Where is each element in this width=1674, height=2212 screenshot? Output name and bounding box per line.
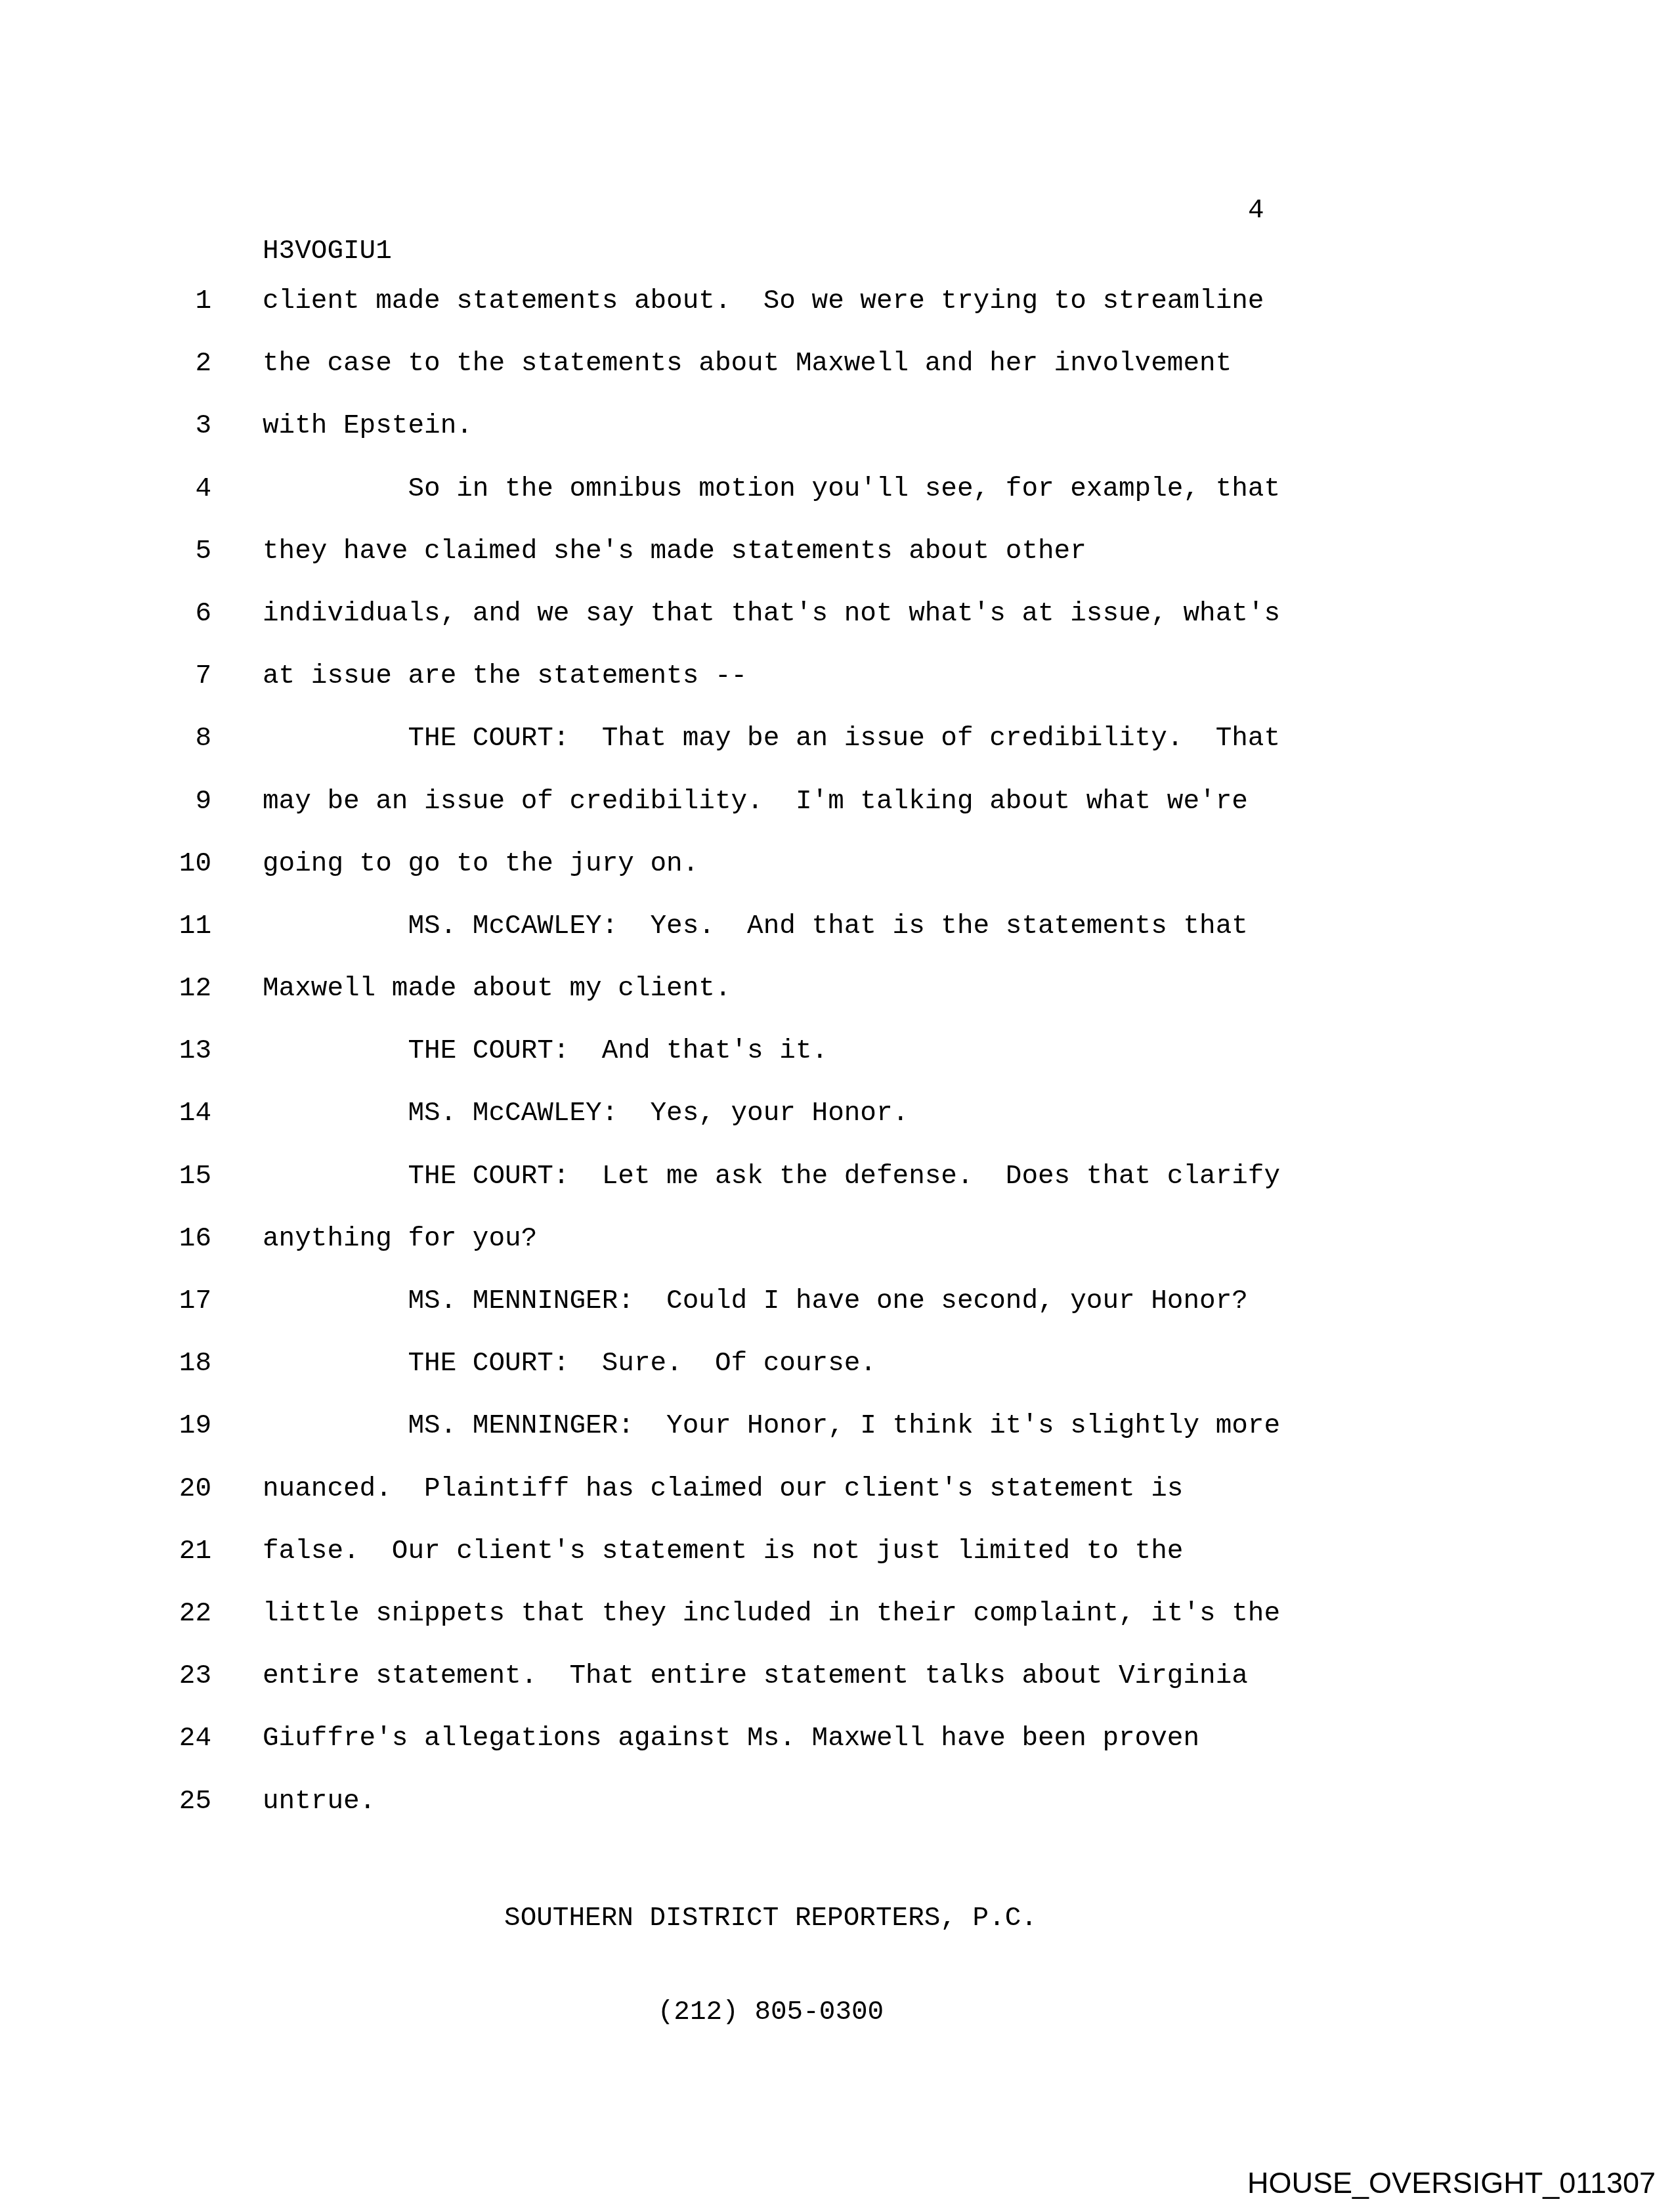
line-number: 22 xyxy=(0,1583,211,1645)
line-number: 25 xyxy=(0,1771,211,1833)
line-number: 18 xyxy=(0,1333,211,1395)
line-text: may be an issue of credibility. I'm talk… xyxy=(263,771,1248,833)
line-text: MS. McCAWLEY: Yes, your Honor. xyxy=(263,1083,909,1145)
line-text: THE COURT: Let me ask the defense. Does … xyxy=(263,1146,1280,1208)
line-text: untrue. xyxy=(263,1771,376,1833)
transcript-line: 10 going to go to the jury on. xyxy=(0,833,1674,896)
transcript-line: 8 THE COURT: That may be an issue of cre… xyxy=(0,708,1674,770)
line-text: little snippets that they included in th… xyxy=(263,1583,1280,1645)
transcript-line: 21 false. Our client's statement is not … xyxy=(0,1521,1674,1583)
line-number: 16 xyxy=(0,1208,211,1270)
line-text: MS. McCAWLEY: Yes. And that is the state… xyxy=(263,896,1248,958)
line-number: 9 xyxy=(0,771,211,833)
line-number: 15 xyxy=(0,1146,211,1208)
line-number: 13 xyxy=(0,1020,211,1083)
line-number: 4 xyxy=(0,458,211,521)
line-text: MS. MENNINGER: Could I have one second, … xyxy=(263,1270,1248,1333)
line-number: 17 xyxy=(0,1270,211,1333)
line-number: 20 xyxy=(0,1458,211,1521)
line-number: 11 xyxy=(0,896,211,958)
transcript-line: 14 MS. McCAWLEY: Yes, your Honor. xyxy=(0,1083,1674,1145)
transcript-line: 6 individuals, and we say that that's no… xyxy=(0,583,1674,645)
transcript-line: 24 Giuffre's allegations against Ms. Max… xyxy=(0,1708,1674,1770)
transcript-line: 2 the case to the statements about Maxwe… xyxy=(0,333,1674,395)
transcript-line: 1 client made statements about. So we we… xyxy=(0,271,1674,333)
transcript-line: 22 little snippets that they included in… xyxy=(0,1583,1674,1645)
line-text: Maxwell made about my client. xyxy=(263,958,731,1020)
transcript-line: 9 may be an issue of credibility. I'm ta… xyxy=(0,771,1674,833)
transcript-lines: 1 client made statements about. So we we… xyxy=(0,271,1674,1833)
line-text: at issue are the statements -- xyxy=(263,645,747,708)
line-text: THE COURT: That may be an issue of credi… xyxy=(263,708,1280,770)
line-number: 10 xyxy=(0,833,211,896)
line-text: entire statement. That entire statement … xyxy=(263,1645,1248,1708)
transcript-line: 12 Maxwell made about my client. xyxy=(0,958,1674,1020)
line-text: individuals, and we say that that's not … xyxy=(263,583,1280,645)
reporter-org: SOUTHERN DISTRICT REPORTERS, P.C. xyxy=(263,1903,1279,1935)
line-text: false. Our client's statement is not jus… xyxy=(263,1521,1183,1583)
line-number: 8 xyxy=(0,708,211,770)
line-text: So in the omnibus motion you'll see, for… xyxy=(263,458,1280,521)
line-text: anything for you? xyxy=(263,1208,537,1270)
page-number: 4 xyxy=(1248,196,1264,227)
transcript-line: 17 MS. MENNINGER: Could I have one secon… xyxy=(0,1270,1674,1333)
transcript-line: 25 untrue. xyxy=(0,1771,1674,1833)
line-number: 23 xyxy=(0,1645,211,1708)
line-text: nuanced. Plaintiff has claimed our clien… xyxy=(263,1458,1183,1521)
reporter-phone: (212) 805-0300 xyxy=(263,1997,1279,2029)
bates-watermark: HOUSE_OVERSIGHT_011307 xyxy=(1247,2167,1656,2200)
line-text: MS. MENNINGER: Your Honor, I think it's … xyxy=(263,1395,1280,1458)
transcript-line: 19 MS. MENNINGER: Your Honor, I think it… xyxy=(0,1395,1674,1458)
transcript-line: 7 at issue are the statements -- xyxy=(0,645,1674,708)
line-text: going to go to the jury on. xyxy=(263,833,698,896)
line-number: 1 xyxy=(0,271,211,333)
line-number: 24 xyxy=(0,1708,211,1770)
transcript-line: 13 THE COURT: And that's it. xyxy=(0,1020,1674,1083)
transcript-line: 20 nuanced. Plaintiff has claimed our cl… xyxy=(0,1458,1674,1521)
transcript-header-id: H3VOGIU1 xyxy=(263,236,392,268)
line-number: 3 xyxy=(0,395,211,458)
line-text: THE COURT: Sure. Of course. xyxy=(263,1333,876,1395)
line-number: 21 xyxy=(0,1521,211,1583)
transcript-line: 3 with Epstein. xyxy=(0,395,1674,458)
line-text: the case to the statements about Maxwell… xyxy=(263,333,1232,395)
line-text: THE COURT: And that's it. xyxy=(263,1020,828,1083)
transcript-line: 4 So in the omnibus motion you'll see, f… xyxy=(0,458,1674,521)
transcript-page: 4 H3VOGIU1 1 client made statements abou… xyxy=(0,0,1674,2212)
line-number: 14 xyxy=(0,1083,211,1145)
line-number: 6 xyxy=(0,583,211,645)
transcript-line: 23 entire statement. That entire stateme… xyxy=(0,1645,1674,1708)
reporter-footer: SOUTHERN DISTRICT REPORTERS, P.C. (212) … xyxy=(263,1841,1279,2091)
transcript-line: 15 THE COURT: Let me ask the defense. Do… xyxy=(0,1146,1674,1208)
line-text: client made statements about. So we were… xyxy=(263,271,1264,333)
transcript-line: 11 MS. McCAWLEY: Yes. And that is the st… xyxy=(0,896,1674,958)
line-text: Giuffre's allegations against Ms. Maxwel… xyxy=(263,1708,1199,1770)
line-number: 19 xyxy=(0,1395,211,1458)
transcript-line: 16 anything for you? xyxy=(0,1208,1674,1270)
line-number: 7 xyxy=(0,645,211,708)
transcript-line: 18 THE COURT: Sure. Of course. xyxy=(0,1333,1674,1395)
line-number: 2 xyxy=(0,333,211,395)
line-number: 5 xyxy=(0,521,211,583)
line-number: 12 xyxy=(0,958,211,1020)
transcript-line: 5 they have claimed she's made statement… xyxy=(0,521,1674,583)
line-text: they have claimed she's made statements … xyxy=(263,521,1086,583)
line-text: with Epstein. xyxy=(263,395,473,458)
